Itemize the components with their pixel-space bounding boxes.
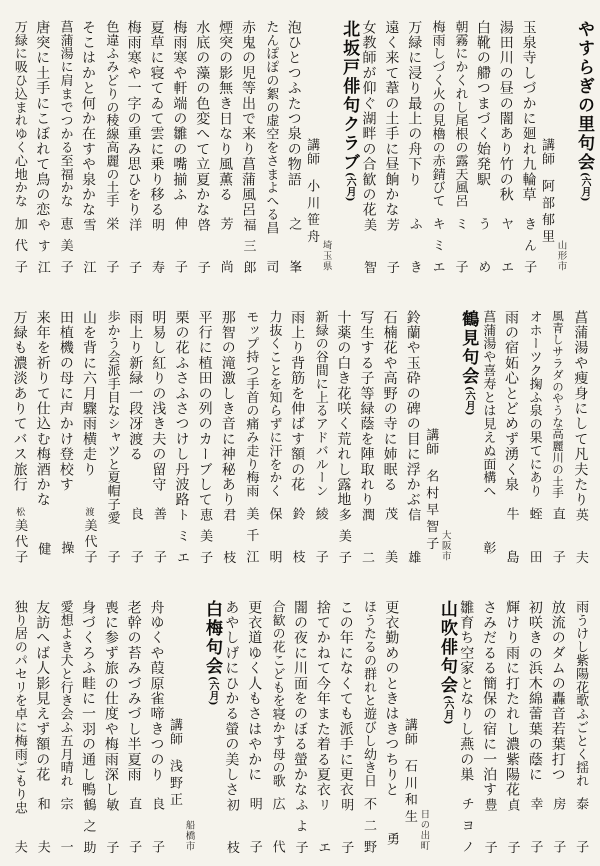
author-name: 勇: [384, 832, 399, 845]
lecturer-label: 講師: [402, 718, 417, 746]
poem-column: たんぽぽの絮の虚空をさまよへる昌司: [259, 20, 282, 273]
poem-author: 保明: [267, 507, 280, 563]
section-header: 鶴見句会(六月)大阪市講師名村早智子: [424, 310, 476, 563]
author-name: うめ: [475, 217, 490, 273]
author-name: 牛島: [503, 507, 518, 563]
poem-author: 健: [36, 508, 49, 563]
poem-author: 茂美: [383, 507, 396, 563]
section-title: 鶴見句会(六月): [459, 310, 476, 415]
poem-column: 梅雨寒や一字の重み思ひをり洋子: [122, 20, 145, 273]
poem-text: モップ持つ手首の痛み走り梅雨: [244, 310, 257, 498]
poem-column: 愛想よき犬と行き会ふ五月晴れ宗一: [54, 600, 77, 853]
poem-text: 那智の滝激しき音に神秘あり: [221, 310, 235, 508]
poem-column: 赤鬼の児等出で来り菖蒲風呂福三郎: [237, 20, 260, 273]
poem-text: 菖蒲湯や痩身にして凡夫たり: [573, 310, 587, 508]
poem-column: 喪に参ず旅の仕度や梅雨深し敏子: [99, 600, 122, 853]
poem-text: 舟ゆくや葭原雀啼きつのり: [150, 600, 164, 782]
poem-column: 煙突の影無き日なり風薫る芳尚: [214, 20, 237, 273]
poem-author: 渡美代子: [82, 507, 95, 563]
author-name: 彰: [480, 541, 495, 554]
poem-text: 鈴蘭や玉砕の碑の目に浮かぶ: [406, 310, 420, 508]
poem-text: 石楠花や高野の寺に姉眠る: [383, 310, 397, 492]
section-title: やすらぎの里句会(六月): [575, 20, 592, 201]
poem-author: 恵美子: [59, 217, 72, 273]
poem-text: 梅雨寒や軒端の雛の嘴揃ふ: [172, 20, 186, 202]
lecturer-label: 講師: [539, 138, 554, 166]
poem-author: 牛島: [504, 507, 517, 563]
author-name: 綾子: [313, 507, 328, 563]
poem-text: ほうたるの群れと遊びし幼き日: [362, 600, 375, 788]
author-name: 美智: [361, 218, 376, 273]
author-name: 英夫: [573, 508, 588, 563]
section-location: 日の出町: [419, 809, 429, 851]
author-name: 美千江: [243, 507, 258, 563]
poem-text: 雨うけし紫陽花歌ふごとく揺れ: [574, 600, 587, 788]
section-location: 船橋市: [184, 820, 194, 852]
poem-column: 歩かう会派手目なシャツと夏帽子愛子: [101, 310, 124, 563]
poem-author: 和夫: [36, 797, 49, 853]
section-month: (六月): [344, 172, 355, 201]
author-name: 啓子: [195, 218, 210, 273]
poem-author: 明子: [339, 798, 352, 853]
poem-author: 加代子: [13, 217, 26, 273]
poem-column: 色違ふみどりの稜線高麗の土手栄子: [99, 20, 122, 273]
poem-column: 白靴の艜つまづく始発駅うめ: [471, 20, 494, 273]
section-header: 北坂戸俳句クラブ(六月)埼玉県講師小川笹舟: [305, 20, 357, 273]
poem-column: 平行に植田の列のカーブして恵美子: [193, 310, 216, 563]
poem-author: 善子: [152, 507, 165, 563]
author-name: ふき: [407, 217, 422, 273]
poem-text: 水底の藻の色変へて立夏かな: [195, 20, 209, 218]
poem-author: 蛭田: [528, 507, 541, 563]
poem-text: 万緑も濃淡ありてバス旅行: [13, 310, 27, 492]
section-month: (六月): [463, 386, 474, 415]
poem-text: 雛育ち空家となりし燕の巣: [459, 600, 473, 782]
poem-column: 栗の花ふさふさつけし丹波路トミエ: [170, 310, 193, 563]
section-title-column: 北坂戸俳句クラブ(六月): [340, 20, 357, 273]
poem-column: 那智の滝激しき音に神秘あり君枝: [216, 310, 239, 563]
poem-text: 来年を祈りて仕込む梅酒かな: [36, 310, 50, 508]
author-name: 忠夫: [12, 801, 27, 853]
author-name: 蛭田: [527, 507, 542, 563]
poem-column: 放流のダムの轟音若葉打つ房子: [546, 600, 569, 853]
poem-author: 操: [59, 507, 72, 563]
author-name: 良子: [128, 507, 143, 563]
author-name: 昌司: [263, 221, 278, 273]
poem-author: 彰: [481, 507, 494, 563]
author-name: 潤二: [359, 508, 374, 563]
poem-column: 来年を祈りて仕込む梅酒かな健: [31, 310, 54, 563]
author-name: 美代子: [12, 519, 27, 563]
poem-column: そこはかと何か在すや泉かな雪江: [77, 20, 100, 273]
author-name: ミ子: [452, 217, 467, 273]
poem-column: 合歓の花こどもを寝かす母の歌広代: [266, 600, 289, 853]
poem-text: 雨の宿妬心とどめず湧く泉: [504, 310, 518, 492]
poem-author: ミ子: [453, 217, 466, 273]
section-lecturer: 講師名村早智子: [424, 428, 437, 563]
author-name: 直子: [550, 507, 565, 563]
author-name: ふよ子: [292, 798, 307, 853]
poem-text: 菖蒲湯や喜寿とは見えぬ面構へ: [481, 310, 494, 498]
section-lecturer: 講師石川和生: [403, 718, 416, 853]
poem-column: 新緑の谷間に上るアドバルーン綾子: [309, 310, 332, 563]
author-name: 不二野: [361, 797, 376, 853]
poem-text: 独り居のパセリを卓に梅雨ごもり: [13, 600, 26, 801]
poem-text: 明易し紅りの浅き夫の留守: [151, 310, 165, 492]
author-name: 良子: [149, 797, 164, 853]
poem-text: 更衣道ゆく人もさはやかに: [247, 600, 261, 782]
poem-column: この年になくても派手に更衣明子: [334, 600, 357, 853]
poem-column: 雨の宿妬心とどめず湧く泉牛島: [499, 310, 522, 563]
section-month: (六月): [442, 695, 453, 724]
poem-author: 宗一: [59, 797, 72, 853]
poem-text: 梅雨寒や一字の重み思ひをり: [127, 20, 141, 218]
poem-author: トミエ: [175, 508, 188, 563]
poem-author: 芳子: [385, 218, 398, 273]
poem-column: 風青しサラダのやうな高麗川の土手直子: [546, 310, 569, 563]
poem-text: 雨上り背筋を伸ばす額の花: [290, 310, 304, 492]
poem-text: 捨てかねて今年また着る夏衣: [316, 600, 330, 798]
poem-column: 菖蒲湯や痩身にして凡夫たり英夫: [569, 310, 592, 563]
section-location: 山形市: [556, 240, 566, 272]
poem-author: 之峯: [287, 217, 300, 273]
author-name: 貞子: [504, 798, 519, 853]
poem-text: 放流のダムの轟音若葉打つ: [551, 600, 565, 782]
poem-text: 十薬の白き花咲く荒れし露地: [336, 310, 350, 508]
poem-author: 多美子: [337, 508, 350, 563]
author-name: 直子: [126, 797, 141, 853]
poem-text: 湯田川の昼の闇あり竹の秋: [499, 20, 513, 202]
poem-author: 豊子: [483, 798, 496, 853]
poem-author: 恵美子: [198, 508, 211, 563]
poem-column: 身づくろふ畦に一羽の通し鴨鶴之助: [77, 600, 100, 853]
poem-column: 梅雨しづく火の見櫓の赤錆びてキミエ: [426, 20, 449, 273]
lecturer-label: 講師: [167, 718, 182, 746]
poem-author: 鶴之助: [81, 798, 94, 853]
poem-column: 雨うけし紫陽花歌ふごとく揺れ泰子: [569, 600, 592, 853]
poem-column: 万緑に浸り最上の舟下りふき: [403, 20, 426, 273]
poem-text: 夏草に寝てゐて雲に乗り移る: [150, 20, 164, 218]
poem-column: 山を背に六月驟雨横走り渡美代子: [77, 310, 100, 563]
author-name: 恵美子: [197, 508, 212, 563]
poem-author: 英夫: [574, 508, 587, 563]
author-name: 和夫: [35, 797, 50, 853]
poem-text: さみだるる簡保の宿に一泊す: [482, 600, 496, 798]
author-name: 泰子: [573, 797, 588, 853]
poem-author: 愛子: [106, 511, 119, 563]
author-name: 之峯: [286, 217, 301, 273]
poem-author: 広代: [271, 797, 284, 853]
poem-author: 信雄: [406, 508, 419, 563]
poem-author: ヤエ: [499, 217, 512, 273]
author-name: 芳尚: [218, 217, 233, 273]
poem-author: 明子: [248, 797, 261, 853]
author-name: やす江: [35, 218, 50, 273]
lecturer-name: 石川和生: [402, 759, 417, 827]
poem-text: 更衣勤めのときはきつちりと: [384, 600, 398, 798]
poem-column: 力抜くことを知らずに汗をかく保明: [262, 310, 285, 563]
poem-text: 平行に植田の列のカーブして: [198, 310, 212, 508]
section-location: 埼玉県: [321, 240, 331, 272]
poem-author: 雪江: [81, 218, 94, 273]
author-name: 鈴枝: [290, 507, 305, 563]
poem-text: 朝霧にかくれし尾根の露天風呂: [453, 20, 466, 208]
poem-text: 田植機の母に声かけ登校す: [59, 310, 73, 492]
author-name: チヨノ: [459, 797, 474, 853]
author-name: 恵美子: [58, 217, 73, 273]
poem-text: 栗の花ふさふさつけし丹波路: [174, 310, 188, 508]
poem-column: 雨上り背筋を伸ばす額の花鈴枝: [286, 310, 309, 563]
poem-author: 房子: [551, 797, 564, 853]
poem-column: 老幹の苔みづみづし半夏雨直子: [122, 600, 145, 853]
poem-column: 朝霧にかくれし尾根の露天風呂ミ子: [449, 20, 472, 273]
poem-author: 鈴枝: [291, 507, 304, 563]
poem-text: 老幹の苔みづみづし半夏雨: [127, 600, 141, 782]
poem-text: 歩かう会派手目なシャツと夏帽子: [106, 310, 119, 511]
poem-author: 福三郎: [241, 218, 254, 273]
author-name: キミエ: [430, 217, 445, 273]
poem-column: 写生する子等緑蔭を陣取れり潤二: [355, 310, 378, 563]
poem-text: 友訪へば人影見えず額の花: [35, 600, 49, 782]
poem-text: 梅雨しづく火の見櫓の赤錆びて: [431, 20, 444, 208]
author-name: 信雄: [405, 508, 420, 563]
poem-author: 美智: [362, 218, 375, 273]
author-name: 多美子: [336, 508, 351, 563]
poem-column: 水底の藻の色変へて立夏かな啓子: [191, 20, 214, 273]
poem-column: 更衣勤めのときはきつちりと勇: [380, 600, 403, 853]
band-middle: 菖蒲湯や痩身にして凡夫たり英夫風青しサラダのやうな高麗川の土手直子オホーツク掬ふ…: [5, 310, 595, 563]
poem-column: 十薬の白き花咲く荒れし露地多美子: [332, 310, 355, 563]
lecturer-name: 小川笹舟: [304, 179, 319, 247]
author-surname-prefix: 松: [14, 507, 24, 519]
section-lecturer: 講師阿部郁里: [540, 138, 553, 273]
poem-author: 洋子: [127, 218, 140, 273]
author-name: 芳子: [384, 218, 399, 273]
poem-column: 明易し紅りの浅き夫の留守善子: [147, 310, 170, 563]
author-name: 福三郎: [240, 218, 255, 273]
author-name: 愛子: [105, 511, 120, 563]
poem-text: 新緑の谷間に上るアドバルーン: [314, 310, 327, 498]
poem-column: さみだるる簡保の宿に一泊す豊子: [478, 600, 501, 853]
author-name: 宗一: [58, 797, 73, 853]
section-title: 山吹俳句会(六月): [438, 600, 455, 724]
poem-text: 女教師が仰ぐ湖畔の合歓の花: [362, 20, 376, 218]
poem-text: 万緑に吸ひ込まれゆく心地かな: [13, 20, 26, 208]
author-name: 加代子: [12, 217, 27, 273]
lecturer-label: 講師: [304, 138, 319, 166]
poem-column: 女教師が仰ぐ湖畔の合歓の花美智: [357, 20, 380, 273]
poem-author: チヨノ: [460, 797, 473, 853]
poem-text: 菖蒲湯に肩までつかる至福かな: [59, 20, 72, 208]
lecturer-label: 講師: [423, 428, 438, 456]
band-top: やすらぎの里句会(六月)山形市講師阿部郁里玉泉寺しづかに廻れ九輪草きん子湯田川の…: [5, 20, 595, 273]
author-name: 保明: [266, 507, 281, 563]
poem-author: 潤二: [360, 508, 373, 563]
section-month: (六月): [579, 172, 590, 201]
section-location: 大阪市: [440, 530, 450, 562]
poem-text: 写生する子等緑蔭を陣取れり: [359, 310, 373, 508]
poem-author: 勇: [385, 798, 398, 853]
poem-column: 梅雨寒や軒端の雛の嘴揃ふ伸子: [168, 20, 191, 273]
section-title: 北坂戸俳句クラブ(六月): [340, 20, 357, 201]
author-name: 操: [58, 541, 73, 554]
poem-column: 万緑に吸ひ込まれゆく心地かな加代子: [8, 20, 31, 273]
section-title-column: やすらぎの里句会(六月): [575, 20, 592, 273]
author-name: 雪江: [80, 218, 95, 273]
poem-column: 唐突に土手にこぼれて鳥の恋やす江: [31, 20, 54, 273]
author-name: 房子: [550, 797, 565, 853]
poem-author: 啓子: [196, 218, 209, 273]
poem-text: 合歓の花こどもを寝かす母の歌: [271, 600, 284, 788]
author-name: トミエ: [174, 508, 189, 563]
poem-author: きん子: [522, 217, 535, 273]
author-name: リエ: [315, 798, 330, 853]
poem-column: 雛育ち空家となりし燕の巣チヨノ: [455, 600, 478, 853]
poem-column: 田植機の母に声かけ登校す操: [54, 310, 77, 563]
poem-author: やす江: [36, 218, 49, 273]
poem-author: 直子: [551, 507, 564, 563]
author-name: 明寿: [149, 218, 164, 273]
poem-text: 風青しサラダのやうな高麗川の土手: [551, 310, 563, 499]
poem-author: 明寿: [150, 218, 163, 273]
poem-text: 闇の夜に川面をのぼる螢かな: [293, 600, 307, 798]
poem-author: ふき: [408, 217, 421, 273]
poem-author: 芳尚: [219, 217, 232, 273]
poem-author: 敏子: [104, 798, 117, 853]
poem-column: 石楠花や高野の寺に姉眠る茂美: [378, 310, 401, 563]
poem-text: そこはかと何か在すや泉かな: [81, 20, 95, 218]
poem-column: モップ持つ手首の痛み走り梅雨美千江: [239, 310, 262, 563]
author-name: きん子: [521, 217, 536, 273]
poem-column: 湯田川の昼の闇あり竹の秋ヤエ: [494, 20, 517, 273]
section-month: (六月): [207, 676, 218, 705]
author-name: 伸子: [172, 217, 187, 273]
lecturer-name: 阿部郁里: [539, 179, 554, 247]
author-name: 善子: [151, 507, 166, 563]
poem-text: たんぽぽの絮の虚空をさまよへる: [264, 20, 277, 221]
poem-column: 夏草に寝てゐて雲に乗り移る明寿: [145, 20, 168, 273]
poem-text: 遠く来て葦の土手に昼餉かな: [384, 20, 398, 218]
author-name: 栄子: [103, 217, 118, 273]
author-surname-prefix: 渡: [83, 507, 93, 519]
poem-text: 玉泉寺しづかに廻れ九輪草: [522, 20, 536, 202]
section-title-column: 山吹俳句会(六月): [438, 600, 455, 853]
author-name: 明子: [338, 798, 353, 853]
author-name: ヤエ: [498, 217, 513, 273]
poem-author: ふよ子: [293, 798, 306, 853]
poem-text: 色違ふみどりの稜線高麗の土手: [104, 20, 117, 208]
poem-text: 喪に参ず旅の仕度や梅雨深し: [104, 600, 118, 798]
section-lecturer: 講師小川笹舟: [305, 138, 318, 273]
band-bottom: 雨うけし紫陽花歌ふごとく揺れ泰子放流のダムの轟音若葉打つ房子初咲きの浜木綿蕾葉の…: [5, 600, 595, 853]
poem-author: 直子: [127, 797, 140, 853]
poem-text: あやしげにひかる螢の美しさ: [224, 600, 238, 798]
poem-text: オホーツク掬ふ泉の果てにあり: [528, 310, 541, 498]
section-lecturer: 講師浅野正: [168, 718, 181, 853]
author-name: 豊子: [482, 798, 497, 853]
poem-text: 愛想よき犬と行き会ふ五月晴れ: [59, 600, 72, 788]
poem-text: 白靴の艜つまづく始発駅: [476, 20, 490, 187]
poem-column: オホーツク掬ふ泉の果てにあり蛭田: [523, 310, 546, 563]
poem-author: 昌司: [264, 221, 277, 273]
poem-author: 伸子: [173, 217, 186, 273]
poem-text: 力抜くことを知らずに汗をかく: [267, 310, 280, 498]
poem-column: 闇の夜に川面をのぼる螢かなふよ子: [289, 600, 312, 853]
poem-text: 身づくろふ畦に一羽の通し鴨: [81, 600, 95, 798]
poem-text: 輝けり雨に打たれし濃紫陽花: [505, 600, 519, 798]
poem-column: あやしげにひかる螢の美しさ初枝: [220, 600, 243, 853]
poem-column: 菖蒲湯や喜寿とは見えぬ面構へ彰: [476, 310, 499, 563]
poem-text: 泡ひとつふたつ泉の物語: [287, 20, 301, 187]
section-title-column: 鶴見句会(六月): [459, 310, 476, 563]
poem-column: 泡ひとつふたつ泉の物語之峯: [282, 20, 305, 273]
poem-author: うめ: [476, 217, 489, 273]
poem-text: 初咲きの浜木綿蕾葉の蔭に: [528, 600, 542, 782]
poem-text: 煙突の影無き日なり風薫る: [218, 20, 232, 202]
poem-column: ほうたるの群れと遊びし幼き日不二野: [357, 600, 380, 853]
poem-author: 幸子: [528, 797, 541, 853]
poem-text: この年になくても派手に更衣: [339, 600, 353, 798]
author-name: 洋子: [126, 218, 141, 273]
poem-column: 玉泉寺しづかに廻れ九輪草きん子: [517, 20, 540, 273]
poem-author: リエ: [316, 798, 329, 853]
poem-author: 貞子: [505, 798, 518, 853]
section-title-column: 白梅句会(六月): [203, 600, 220, 853]
section-header: やすらぎの里句会(六月)山形市講師阿部郁里: [540, 20, 592, 273]
lecturer-name: 浅野正: [167, 759, 182, 810]
author-name: 明子: [247, 797, 262, 853]
section-header: 白梅句会(六月)船橋市講師浅野正: [168, 600, 220, 853]
lecturer-name: 名村早智子: [423, 469, 438, 554]
author-name: 健: [35, 542, 50, 555]
poem-author: 泰子: [574, 797, 587, 853]
poem-column: 万緑も濃淡ありてバス旅行松美代子: [8, 310, 31, 563]
author-name: 茂美: [382, 507, 397, 563]
poem-column: 友訪へば人影見えず額の花和夫: [31, 600, 54, 853]
author-name: 敏子: [103, 798, 118, 853]
author-name: 美代子: [81, 519, 96, 563]
poem-author: 松美代子: [13, 507, 26, 563]
poem-column: 独り居のパセリを卓に梅雨ごもり忠夫: [8, 600, 31, 853]
poem-author: 良子: [150, 797, 163, 853]
poem-author: 綾子: [314, 507, 327, 563]
poem-author: 忠夫: [13, 801, 26, 853]
section-header: 山吹俳句会(六月)日の出町講師石川和生: [403, 600, 455, 853]
poem-author: 不二野: [362, 797, 375, 853]
poem-author: 美千江: [244, 507, 257, 563]
poem-text: 唐突に土手にこぼれて鳥の恋: [35, 20, 49, 218]
poem-column: 雨上り新緑一段冴渡る良子: [124, 310, 147, 563]
author-name: 初枝: [224, 798, 239, 853]
poem-author: 栄子: [104, 217, 117, 273]
poem-column: 初咲きの浜木綿蕾葉の蔭に幸子: [523, 600, 546, 853]
poem-text: 山を背に六月驟雨横走り: [82, 310, 96, 477]
haiku-magazine-page: やすらぎの里句会(六月)山形市講師阿部郁里玉泉寺しづかに廻れ九輪草きん子湯田川の…: [0, 0, 600, 866]
poem-column: 鈴蘭や玉砕の碑の目に浮かぶ信雄: [401, 310, 424, 563]
poem-author: キミエ: [431, 217, 444, 273]
poem-column: 遠く来て葦の土手に昼餉かな芳子: [380, 20, 403, 273]
poem-author: 良子: [129, 507, 142, 563]
poem-author: 初枝: [225, 798, 238, 853]
author-name: 幸子: [527, 797, 542, 853]
poem-text: 雨上り新緑一段冴渡る: [128, 310, 142, 462]
poem-text: 赤鬼の児等出で来り菖蒲風呂: [241, 20, 255, 218]
poem-column: 更衣道ゆく人もさはやかに明子: [243, 600, 266, 853]
poem-author: 君枝: [221, 508, 234, 563]
section-title: 白梅句会(六月): [203, 600, 220, 705]
poem-column: 輝けり雨に打たれし濃紫陽花貞子: [501, 600, 524, 853]
author-name: 君枝: [220, 508, 235, 563]
